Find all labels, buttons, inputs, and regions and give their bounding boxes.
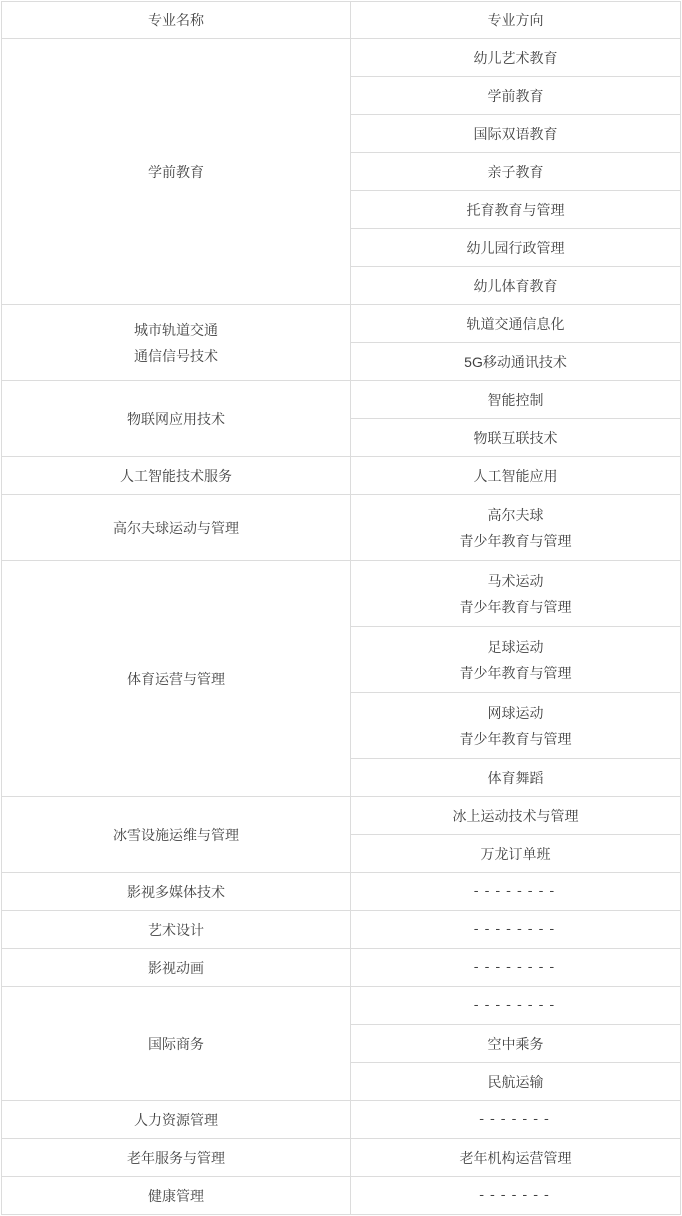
header-major: 专业名称 <box>2 2 351 39</box>
direction-cell-empty: -------- <box>351 911 681 949</box>
direction-cell: 幼儿园行政管理 <box>351 229 681 267</box>
table-row: 艺术设计 -------- <box>2 911 681 949</box>
direction-cell: 万龙订单班 <box>351 835 681 873</box>
direction-cell: 体育舞蹈 <box>351 759 681 797</box>
header-row: 专业名称 专业方向 <box>2 2 681 39</box>
direction-cell-empty: -------- <box>351 987 681 1025</box>
major-cell: 健康管理 <box>2 1177 351 1215</box>
major-cell: 学前教育 <box>2 39 351 305</box>
direction-cell-empty: -------- <box>351 949 681 987</box>
table-row: 国际商务 -------- <box>2 987 681 1025</box>
direction-cell: 高尔夫球 青少年教育与管理 <box>351 495 681 561</box>
direction-cell: 老年机构运营管理 <box>351 1139 681 1177</box>
major-cell: 人工智能技术服务 <box>2 457 351 495</box>
table-row: 物联网应用技术 智能控制 <box>2 381 681 419</box>
major-cell: 国际商务 <box>2 987 351 1101</box>
direction-cell: 空中乘务 <box>351 1025 681 1063</box>
major-cell: 高尔夫球运动与管理 <box>2 495 351 561</box>
direction-cell: 幼儿体育教育 <box>351 267 681 305</box>
direction-cell: 网球运动 青少年教育与管理 <box>351 693 681 759</box>
header-direction: 专业方向 <box>351 2 681 39</box>
table-row: 影视多媒体技术 -------- <box>2 873 681 911</box>
major-cell: 体育运营与管理 <box>2 561 351 797</box>
direction-cell: 轨道交通信息化 <box>351 305 681 343</box>
direction-cell: 人工智能应用 <box>351 457 681 495</box>
table-row: 城市轨道交通 通信信号技术 轨道交通信息化 <box>2 305 681 343</box>
direction-cell-empty: ------- <box>351 1101 681 1139</box>
direction-cell: 国际双语教育 <box>351 115 681 153</box>
table-row: 影视动画 -------- <box>2 949 681 987</box>
table-row: 体育运营与管理 马术运动 青少年教育与管理 <box>2 561 681 627</box>
major-cell: 人力资源管理 <box>2 1101 351 1139</box>
table-row: 健康管理 ------- <box>2 1177 681 1215</box>
major-cell: 物联网应用技术 <box>2 381 351 457</box>
table-row: 学前教育 幼儿艺术教育 <box>2 39 681 77</box>
direction-cell-empty: ------- <box>351 1177 681 1215</box>
majors-table: 专业名称 专业方向 学前教育 幼儿艺术教育 学前教育 国际双语教育 亲子教育 托… <box>1 1 681 1215</box>
table-row: 人力资源管理 ------- <box>2 1101 681 1139</box>
table-row: 冰雪设施运维与管理 冰上运动技术与管理 <box>2 797 681 835</box>
page: 专业名称 专业方向 学前教育 幼儿艺术教育 学前教育 国际双语教育 亲子教育 托… <box>0 0 682 1216</box>
direction-cell: 5G移动通讯技术 <box>351 343 681 381</box>
direction-cell: 足球运动 青少年教育与管理 <box>351 627 681 693</box>
direction-cell: 冰上运动技术与管理 <box>351 797 681 835</box>
major-cell: 老年服务与管理 <box>2 1139 351 1177</box>
table-row: 老年服务与管理 老年机构运营管理 <box>2 1139 681 1177</box>
table-row: 高尔夫球运动与管理 高尔夫球 青少年教育与管理 <box>2 495 681 561</box>
direction-cell: 托育教育与管理 <box>351 191 681 229</box>
direction-cell-empty: -------- <box>351 873 681 911</box>
direction-cell: 亲子教育 <box>351 153 681 191</box>
table-row: 人工智能技术服务 人工智能应用 <box>2 457 681 495</box>
direction-cell: 学前教育 <box>351 77 681 115</box>
major-cell: 冰雪设施运维与管理 <box>2 797 351 873</box>
major-cell: 影视动画 <box>2 949 351 987</box>
major-cell: 城市轨道交通 通信信号技术 <box>2 305 351 381</box>
direction-cell: 物联互联技术 <box>351 419 681 457</box>
direction-cell: 马术运动 青少年教育与管理 <box>351 561 681 627</box>
major-cell: 影视多媒体技术 <box>2 873 351 911</box>
major-cell: 艺术设计 <box>2 911 351 949</box>
direction-cell: 民航运输 <box>351 1063 681 1101</box>
direction-cell: 智能控制 <box>351 381 681 419</box>
direction-cell: 幼儿艺术教育 <box>351 39 681 77</box>
